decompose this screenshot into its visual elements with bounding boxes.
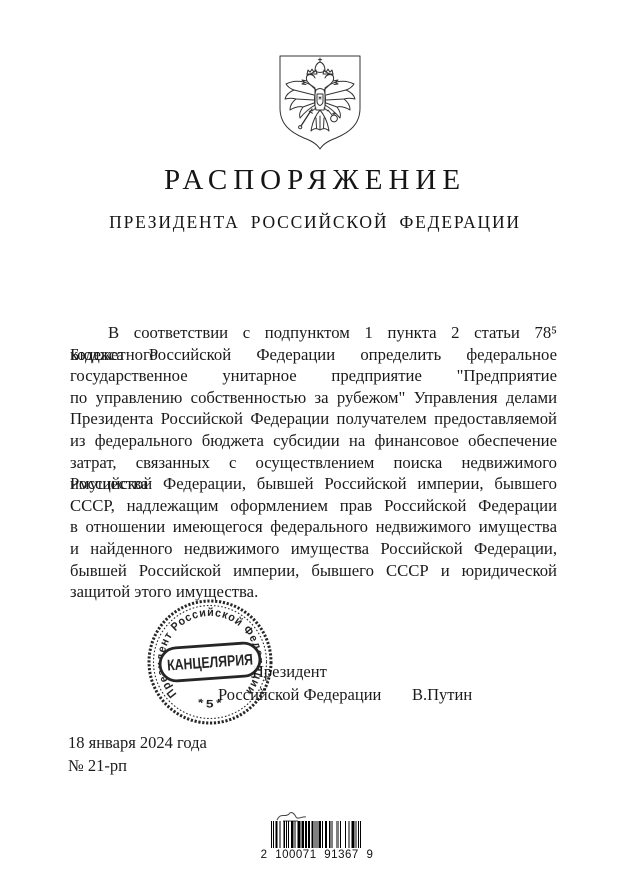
body-line-5: Президента Российской Федерации получате… <box>70 408 557 430</box>
stamp-bottom-text: * 5 * <box>196 697 224 711</box>
body-line-10: в отношении имеющегося федерального недв… <box>70 516 557 538</box>
signature-name: В.Путин <box>412 685 472 705</box>
chancellery-stamp: Президент Российской Федерации * 5 * КАН… <box>145 597 275 727</box>
body-line-8: Российской Федерации, бывшей Российской … <box>70 473 557 495</box>
body-line-9: СССР, надлежащим оформлением прав Россий… <box>70 495 557 517</box>
barcode <box>271 821 361 848</box>
barcode-bars <box>271 821 361 848</box>
body-line-6: из федерального бюджета субсидии на фина… <box>70 430 557 452</box>
body-line-7: затрат, связанных с осуществлением поиск… <box>70 452 557 474</box>
body-line-12: бывшей Российской империи, бывшего СССР … <box>70 560 557 582</box>
decree-page: РАСПОРЯЖЕНИЕ ПРЕЗИДЕНТА РОССИЙСКОЙ ФЕДЕР… <box>0 0 630 896</box>
decree-body-paragraph: В соответствии с подпунктом 1 пункта 2 с… <box>70 322 557 603</box>
body-line-11: и найденного недвижимого имущества Росси… <box>70 538 557 560</box>
svg-text:* 5 *: * 5 * <box>196 697 224 711</box>
body-line-1: В соответствии с подпунктом 1 пункта 2 с… <box>70 322 557 344</box>
decree-date: 18 января 2024 года <box>68 733 207 753</box>
body-line-13: защитой этого имущества. <box>70 581 557 603</box>
body-line-4: по управлению собственностью за рубежом"… <box>70 387 557 409</box>
document-issuer-subtitle: ПРЕЗИДЕНТА РОССИЙСКОЙ ФЕДЕРАЦИИ <box>0 212 630 233</box>
coat-of-arms-icon <box>276 54 364 150</box>
barcode-digits: 2 100071 91367 9 <box>256 849 378 861</box>
decree-number: № 21-рп <box>68 756 127 776</box>
document-type-title: РАСПОРЯЖЕНИЕ <box>0 164 630 197</box>
body-line-3: государственное унитарное предприятие "П… <box>70 365 557 387</box>
body-line-2: кодекса Российской Федерации определить … <box>70 344 557 366</box>
